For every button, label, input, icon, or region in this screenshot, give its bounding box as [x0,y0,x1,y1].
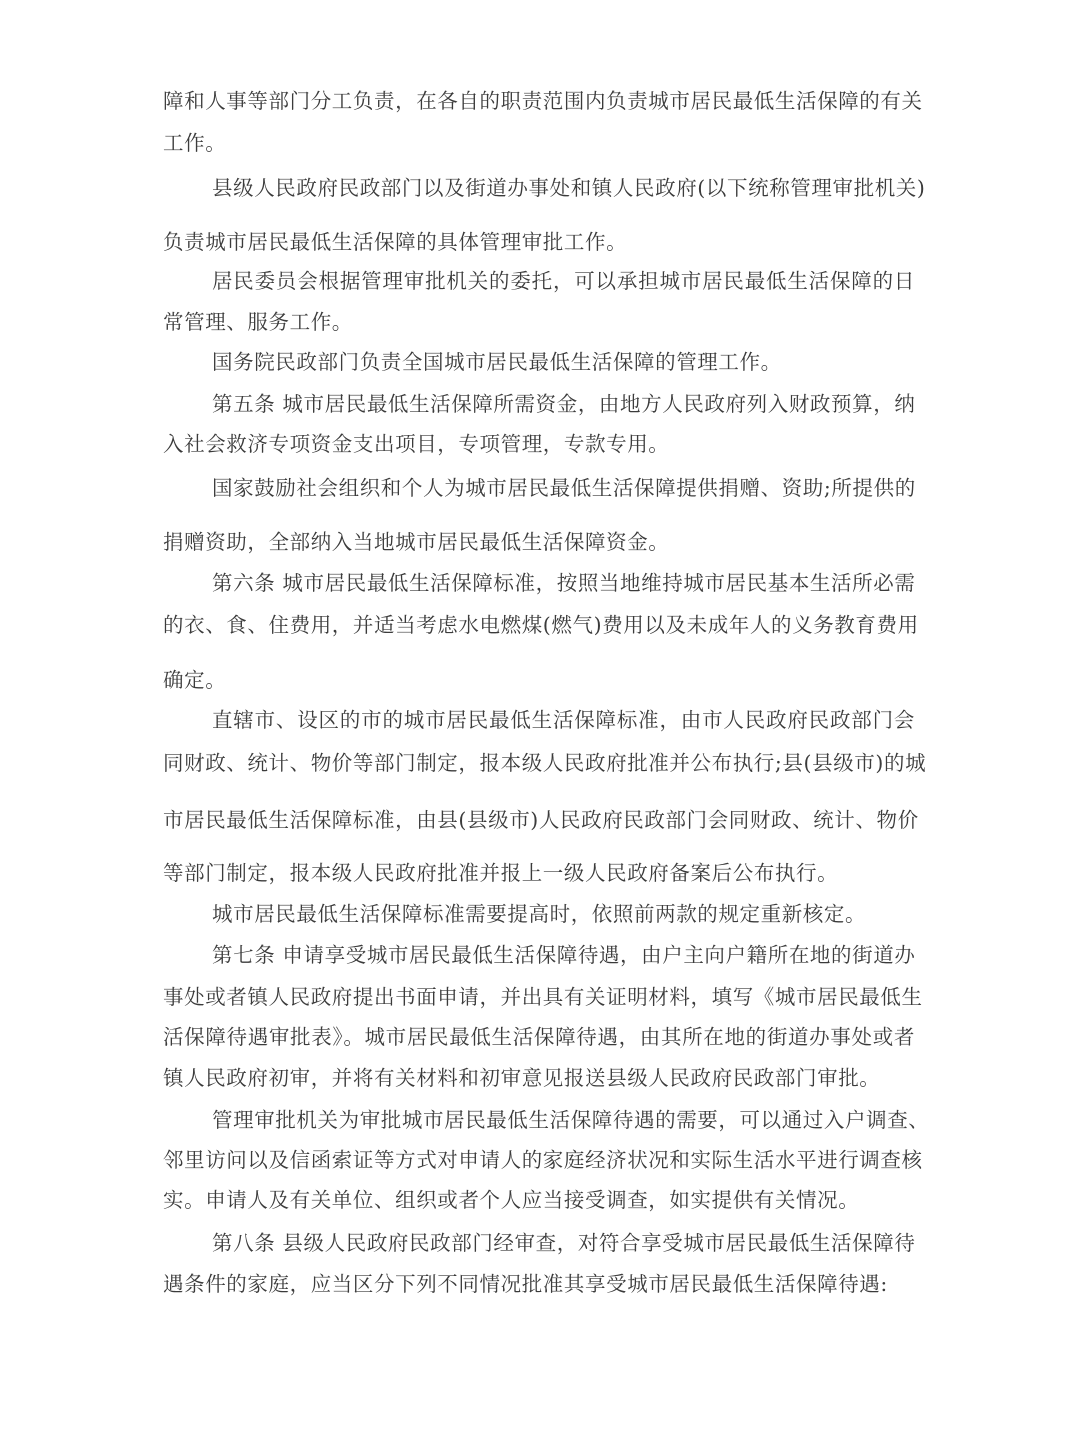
text-line: 邻里访问以及信函索证等方式对申请人的家庭经济状况和实际生活水平进行调查核 [163,1146,915,1174]
text-line: 活保障待遇审批表》。城市居民最低生活保障待遇，由其所在地的街道办事处或者 [163,1023,915,1051]
text-line: 入社会救济专项资金支出项目，专项管理，专款专用。 [163,430,915,458]
text-line: 管理审批机关为审批城市居民最低生活保障待遇的需要，可以通过入户调查、 [212,1106,915,1134]
text-line: 同财政、统计、物价等部门制定，报本级人民政府批准并公布执行;县(县级市)的城 [163,749,915,777]
text-line: 国务院民政部门负责全国城市居民最低生活保障的管理工作。 [212,348,915,376]
text-line: 市居民最低生活保障标准，由县(县级市)人民政府民政部门会同财政、统计、物价 [163,806,915,834]
document-page: 障和人事等部门分工负责，在各自的职责范围内负责城市居民最低生活保障的有关 工作。… [0,0,1080,1435]
text-line: 捐赠资助，全部纳入当地城市居民最低生活保障资金。 [163,528,915,556]
text-line: 直辖市、设区的市的城市居民最低生活保障标准，由市人民政府民政部门会 [212,706,915,734]
article-8-line: 第八条 县级人民政府民政部门经审查，对符合享受城市居民最低生活保障待 [212,1229,915,1257]
text-line: 负责城市居民最低生活保障的具体管理审批工作。 [163,228,915,256]
text-line: 县级人民政府民政部门以及街道办事处和镇人民政府(以下统称管理审批机关) [212,174,915,202]
text-line: 事处或者镇人民政府提出书面申请，并出具有关证明材料，填写《城市居民最低生 [163,983,915,1011]
text-line: 常管理、服务工作。 [163,308,915,336]
text-line: 居民委员会根据管理审批机关的委托，可以承担城市居民最低生活保障的日 [212,267,915,295]
article-7-line: 第七条 申请享受城市居民最低生活保障待遇，由户主向户籍所在地的街道办 [212,941,915,969]
text-line: 遇条件的家庭，应当区分下列不同情况批准其享受城市居民最低生活保障待遇: [163,1270,915,1298]
article-6-line: 第六条 城市居民最低生活保障标准，按照当地维持城市居民基本生活所必需 [212,569,915,597]
text-line: 实。申请人及有关单位、组织或者个人应当接受调查，如实提供有关情况。 [163,1186,915,1214]
text-line: 工作。 [163,129,915,157]
text-line: 的衣、食、住费用，并适当考虑水电燃煤(燃气)费用以及未成年人的义务教育费用 [163,611,915,639]
text-line: 国家鼓励社会组织和个人为城市居民最低生活保障提供捐赠、资助;所提供的 [212,474,915,502]
text-line: 等部门制定，报本级人民政府批准并报上一级人民政府备案后公布执行。 [163,859,915,887]
text-line: 障和人事等部门分工负责，在各自的职责范围内负责城市居民最低生活保障的有关 [163,87,915,115]
text-line: 确定。 [163,666,915,694]
text-line: 城市居民最低生活保障标准需要提高时，依照前两款的规定重新核定。 [212,900,915,928]
text-line: 镇人民政府初审，并将有关材料和初审意见报送县级人民政府民政部门审批。 [163,1064,915,1092]
article-5-line: 第五条 城市居民最低生活保障所需资金，由地方人民政府列入财政预算，纳 [212,390,915,418]
